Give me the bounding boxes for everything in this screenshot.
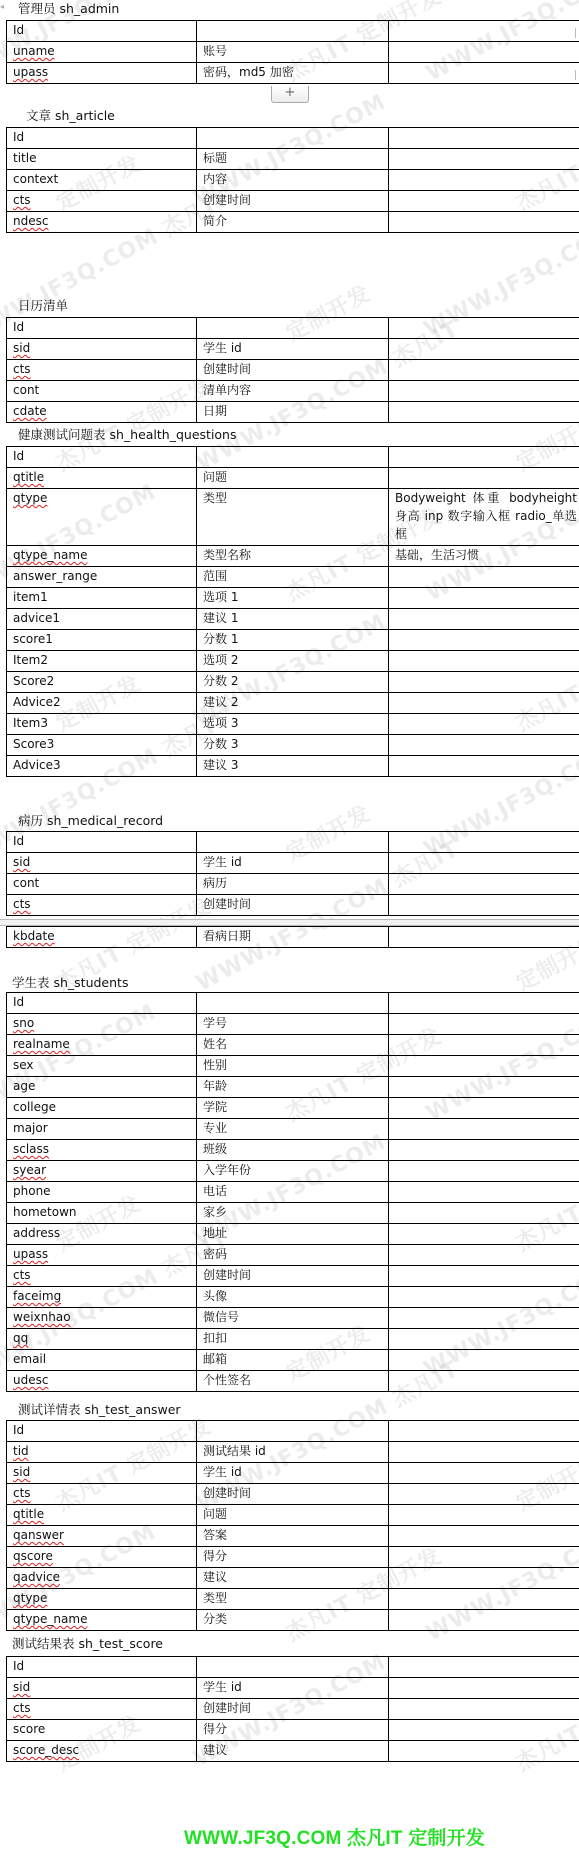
table-row: qtitle问题 [7, 468, 579, 489]
field-description-cell[interactable]: 清单内容 [197, 381, 389, 402]
field-description-cell-text: 选项 3 [203, 716, 238, 730]
field-name-cell[interactable]: Id [7, 993, 197, 1014]
field-name-cell[interactable]: uname [7, 42, 197, 63]
field-name-cell-text: cont [13, 876, 39, 890]
field-description-cell[interactable]: 班级 [197, 1140, 389, 1161]
field-name-cell[interactable]: qtype [7, 489, 197, 546]
field-description-cell-text: 类型名称 [203, 548, 251, 562]
field-name-cell-text: Id [13, 834, 24, 848]
field-description-cell[interactable]: 得分 [197, 1720, 389, 1741]
field-description-cell-text: 学院 [203, 1100, 227, 1114]
field-note-cell[interactable] [389, 1568, 579, 1589]
field-name-cell[interactable]: hometown [7, 1203, 197, 1224]
field-name-cell[interactable]: qq [7, 1329, 197, 1350]
field-note-cell[interactable] [389, 1077, 579, 1098]
field-description-cell-text: 入学年份 [203, 1163, 251, 1177]
field-name-cell[interactable]: advice1 [7, 609, 197, 630]
field-name-cell[interactable]: Id [7, 447, 197, 468]
field-name-cell[interactable]: title [7, 149, 197, 170]
field-note-cell[interactable] [389, 1308, 579, 1329]
field-description-cell[interactable]: 标题 [197, 149, 389, 170]
field-note-cell[interactable] [389, 1140, 579, 1161]
table-row: score1分数 1 [7, 630, 579, 651]
field-note-cell[interactable] [389, 1161, 579, 1182]
field-note-cell[interactable] [389, 1119, 579, 1140]
field-name-cell[interactable]: Id [7, 128, 197, 149]
field-description-cell[interactable]: 邮箱 [197, 1350, 389, 1371]
field-description-cell[interactable]: 创建时间 [197, 1699, 389, 1720]
field-note-cell[interactable] [389, 1224, 579, 1245]
field-description-cell-text: 清单内容 [203, 383, 251, 397]
field-name-cell[interactable]: Id [7, 318, 197, 339]
field-name-cell[interactable]: Item2 [7, 651, 197, 672]
field-note-cell[interactable] [389, 191, 579, 212]
field-note-cell[interactable] [389, 1741, 579, 1762]
field-name-cell[interactable]: sno [7, 1014, 197, 1035]
field-name-cell[interactable]: sex [7, 1056, 197, 1077]
field-note-cell[interactable]: 基础，生活习惯 [389, 546, 579, 567]
field-description-cell[interactable]: 密码，md5 加密 [197, 63, 389, 84]
table-row: udesc个性签名 [7, 1371, 579, 1392]
field-name-cell-text: score1 [13, 632, 53, 646]
field-name-cell[interactable]: major [7, 1119, 197, 1140]
field-note-cell[interactable] [389, 693, 579, 714]
field-description-cell[interactable]: 专业 [197, 1119, 389, 1140]
field-name-cell[interactable]: qanswer [7, 1526, 197, 1547]
field-description-cell[interactable]: 分数 3 [197, 735, 389, 756]
field-name-cell[interactable]: Score3 [7, 735, 197, 756]
field-name-cell[interactable]: qtype [7, 1589, 197, 1610]
field-description-cell[interactable]: 学院 [197, 1098, 389, 1119]
field-note-cell[interactable] [389, 381, 579, 402]
field-name-cell[interactable]: Id [7, 832, 197, 853]
table-row: Advice3建议 3 [7, 756, 579, 777]
table-row: score得分 [7, 1720, 579, 1741]
field-note-cell[interactable] [389, 651, 579, 672]
field-note-cell[interactable] [389, 21, 579, 42]
field-note-cell[interactable] [389, 1182, 579, 1203]
field-description-cell[interactable]: 选项 3 [197, 714, 389, 735]
field-description-cell[interactable]: 分数 2 [197, 672, 389, 693]
field-description-cell[interactable] [197, 832, 389, 853]
field-name-cell-text: advice1 [13, 611, 60, 625]
table-heading-sh-test-score: 测试结果表 sh_test_score [12, 1636, 163, 1652]
field-name-cell[interactable]: udesc [7, 1371, 197, 1392]
field-name-cell-text: Id [13, 320, 24, 334]
field-description-cell[interactable]: 得分 [197, 1547, 389, 1568]
table-row: Score2分数 2 [7, 672, 579, 693]
table-row: sno学号 [7, 1014, 579, 1035]
table-row: context内容 [7, 170, 579, 191]
table-heading-calendar-list: 日历清单 [18, 298, 68, 314]
field-name-cell-text: phone [13, 1184, 51, 1198]
table-move-handle-icon[interactable]: ◂ [0, 2, 5, 12]
field-name-cell[interactable]: tid [7, 1442, 197, 1463]
field-note-cell[interactable] [389, 1098, 579, 1119]
field-note-cell[interactable] [389, 1720, 579, 1741]
field-name-cell[interactable]: cts [7, 895, 197, 916]
field-name-cell[interactable]: score1 [7, 630, 197, 651]
table-row: phone电话 [7, 1182, 579, 1203]
field-name-cell[interactable]: item1 [7, 588, 197, 609]
field-description-cell[interactable]: 学生 id [197, 1463, 389, 1484]
field-note-cell[interactable] [389, 1484, 579, 1505]
field-name-cell-text: qanswer [13, 1528, 64, 1542]
field-name-cell-text: title [13, 151, 36, 165]
table-row: hometown家乡 [7, 1203, 579, 1224]
field-name-cell[interactable]: faceimg [7, 1287, 197, 1308]
field-description-cell[interactable]: 类型名称 [197, 546, 389, 567]
field-description-cell[interactable]: 创建时间 [197, 1484, 389, 1505]
field-name-cell-text: upass [13, 65, 48, 79]
field-description-cell[interactable]: 建议 [197, 1741, 389, 1762]
table-row: cts创建时间 [7, 1484, 579, 1505]
field-description-cell[interactable] [197, 993, 389, 1014]
field-description-cell-text: 测试结果 id [203, 1444, 266, 1458]
field-note-cell[interactable] [389, 63, 579, 84]
table-row: advice1建议 1 [7, 609, 579, 630]
field-note-cell[interactable] [389, 853, 579, 874]
field-description-cell-text: 分数 2 [203, 674, 238, 688]
field-description-cell[interactable]: 微信号 [197, 1308, 389, 1329]
field-description-cell[interactable] [197, 1421, 389, 1442]
field-description-cell-text: 家乡 [203, 1205, 227, 1219]
field-description-cell[interactable]: 建议 [197, 1568, 389, 1589]
field-note-cell[interactable] [389, 447, 579, 468]
field-description-cell[interactable]: 选项 2 [197, 651, 389, 672]
field-description-cell[interactable]: 建议 1 [197, 609, 389, 630]
table-row: cont病历 [7, 874, 579, 895]
field-note-cell[interactable] [389, 318, 579, 339]
field-name-cell[interactable]: cts [7, 1484, 197, 1505]
field-note-cell[interactable] [389, 714, 579, 735]
field-note-cell[interactable] [389, 630, 579, 651]
table-row: qscore得分 [7, 1547, 579, 1568]
field-description-cell-text: 病历 [203, 876, 227, 890]
field-name-cell[interactable]: qscore [7, 1547, 197, 1568]
field-note-cell[interactable] [389, 1610, 579, 1631]
add-row-button[interactable]: + [271, 86, 309, 103]
field-description-cell[interactable] [197, 128, 389, 149]
field-name-cell-text: sid [13, 1465, 30, 1479]
table-row: upass密码，md5 加密 [7, 63, 579, 84]
table-calendar-list: Idsid学生 idcts创建时间cont清单内容cdate日期 [6, 317, 579, 423]
field-description-cell[interactable]: 创建时间 [197, 360, 389, 381]
field-description-cell-text: 分数 3 [203, 737, 238, 751]
field-description-cell[interactable]: 创建时间 [197, 1266, 389, 1287]
field-name-cell-text: Id [13, 449, 24, 463]
field-name-cell-text: realname [13, 1037, 70, 1051]
field-note-cell[interactable] [389, 1505, 579, 1526]
field-name-cell[interactable]: Id [7, 1421, 197, 1442]
field-description-cell-text: 建议 3 [203, 758, 238, 772]
field-name-cell[interactable]: sid [7, 1463, 197, 1484]
field-description-cell-text: 学生 id [203, 341, 242, 355]
field-note-cell[interactable] [389, 1657, 579, 1678]
table-row: Item3选项 3 [7, 714, 579, 735]
field-name-cell[interactable]: qadvice [7, 1568, 197, 1589]
field-name-cell[interactable]: realname [7, 1035, 197, 1056]
field-description-cell[interactable]: 个性签名 [197, 1371, 389, 1392]
field-description-cell-text: 选项 1 [203, 590, 238, 604]
field-description-cell[interactable]: 问题 [197, 1505, 389, 1526]
field-name-cell[interactable]: cts [7, 360, 197, 381]
field-description-cell[interactable]: 答案 [197, 1526, 389, 1547]
field-note-cell[interactable] [389, 170, 579, 191]
table-row: Id [7, 1657, 579, 1678]
table-row: ndesc简介 [7, 212, 579, 233]
field-name-cell[interactable]: email [7, 1350, 197, 1371]
field-note-cell[interactable] [389, 1056, 579, 1077]
table-row: cts创建时间 [7, 360, 579, 381]
field-name-cell[interactable]: Item3 [7, 714, 197, 735]
field-note-cell[interactable] [389, 756, 579, 777]
field-note-cell[interactable] [389, 1287, 579, 1308]
field-description-cell[interactable]: 选项 1 [197, 588, 389, 609]
field-note-cell[interactable] [389, 993, 579, 1014]
field-note-cell[interactable] [389, 1014, 579, 1035]
field-name-cell[interactable]: sid [7, 853, 197, 874]
table-row: cts创建时间 [7, 1266, 579, 1287]
field-note-cell[interactable] [389, 1547, 579, 1568]
table-row: email邮箱 [7, 1350, 579, 1371]
table-row: Id [7, 21, 579, 42]
field-description-cell[interactable]: 建议 3 [197, 756, 389, 777]
field-name-cell[interactable]: college [7, 1098, 197, 1119]
field-description-cell[interactable]: 地址 [197, 1224, 389, 1245]
field-name-cell[interactable]: upass [7, 63, 197, 84]
field-name-cell[interactable]: cdate [7, 402, 197, 423]
field-description-cell-text: 创建时间 [203, 1701, 251, 1715]
field-name-cell[interactable]: qtype_name [7, 546, 197, 567]
field-name-cell[interactable]: ndesc [7, 212, 197, 233]
field-description-cell[interactable]: 范围 [197, 567, 389, 588]
field-note-cell[interactable] [389, 1203, 579, 1224]
field-name-cell-text: Advice3 [13, 758, 61, 772]
field-note-cell[interactable] [389, 832, 579, 853]
field-note-cell[interactable] [389, 1463, 579, 1484]
field-description-cell-text: 范围 [203, 569, 227, 583]
field-description-cell-text: 扣扣 [203, 1331, 227, 1345]
field-name-cell[interactable]: cts [7, 191, 197, 212]
field-description-cell-text: 问题 [203, 1507, 227, 1521]
field-note-cell[interactable] [389, 609, 579, 630]
field-name-cell[interactable]: cont [7, 381, 197, 402]
field-name-cell[interactable]: Advice2 [7, 693, 197, 714]
field-note-cell[interactable] [389, 468, 579, 489]
field-name-cell[interactable]: phone [7, 1182, 197, 1203]
field-note-cell[interactable] [389, 1699, 579, 1720]
field-note-cell[interactable] [389, 42, 579, 63]
field-description-cell[interactable]: 类型 [197, 489, 389, 546]
field-name-cell[interactable]: context [7, 170, 197, 191]
field-name-cell[interactable]: qtitle [7, 468, 197, 489]
field-name-cell[interactable]: cts [7, 1266, 197, 1287]
field-name-cell-text: college [13, 1100, 56, 1114]
field-name-cell-text: hometown [13, 1205, 77, 1219]
field-note-cell[interactable] [389, 128, 579, 149]
field-description-cell[interactable]: 简介 [197, 212, 389, 233]
field-note-cell[interactable] [389, 1442, 579, 1463]
field-description-cell[interactable]: 内容 [197, 170, 389, 191]
field-note-cell[interactable] [389, 339, 579, 360]
field-note-cell[interactable] [389, 567, 579, 588]
table-row: Id [7, 128, 579, 149]
table-row: answer_range范围 [7, 567, 579, 588]
field-description-cell[interactable]: 分数 1 [197, 630, 389, 651]
field-name-cell-text: Item3 [13, 716, 48, 730]
field-name-cell[interactable]: sid [7, 1678, 197, 1699]
field-description-cell[interactable]: 账号 [197, 42, 389, 63]
field-description-cell[interactable]: 入学年份 [197, 1161, 389, 1182]
field-name-cell[interactable]: sid [7, 339, 197, 360]
field-note-cell[interactable] [389, 672, 579, 693]
field-note-cell[interactable] [389, 1421, 579, 1442]
field-description-cell[interactable] [197, 1657, 389, 1678]
field-description-cell[interactable]: 分类 [197, 1610, 389, 1631]
table-heading-sh-medical-record: 病历 sh_medical_record [18, 813, 163, 829]
field-name-cell-text: cont [13, 383, 39, 397]
field-description-cell-text: 创建时间 [203, 1486, 251, 1500]
field-name-cell[interactable]: Advice3 [7, 756, 197, 777]
field-note-cell[interactable] [389, 1035, 579, 1056]
field-description-cell[interactable]: 性别 [197, 1056, 389, 1077]
field-description-cell[interactable]: 日期 [197, 402, 389, 423]
field-note-cell[interactable] [389, 1526, 579, 1547]
table-row: sid学生 id [7, 339, 579, 360]
field-name-cell[interactable]: score_desc [7, 1741, 197, 1762]
field-name-cell[interactable]: upass [7, 1245, 197, 1266]
field-name-cell-text: age [13, 1079, 35, 1093]
field-description-cell[interactable]: 学生 id [197, 339, 389, 360]
field-note-cell[interactable] [389, 735, 579, 756]
field-name-cell[interactable]: weixnhao [7, 1308, 197, 1329]
field-description-cell-text: 创建时间 [203, 193, 251, 207]
field-note-cell[interactable] [389, 1589, 579, 1610]
field-description-cell[interactable]: 学号 [197, 1014, 389, 1035]
table-row: uname账号 [7, 42, 579, 63]
field-description-cell[interactable]: 类型 [197, 1589, 389, 1610]
field-name-cell[interactable]: cts [7, 1699, 197, 1720]
field-name-cell-text: Id [13, 1659, 24, 1673]
field-description-cell[interactable]: 电话 [197, 1182, 389, 1203]
table-row: Id [7, 318, 579, 339]
field-note-cell[interactable] [389, 895, 579, 916]
field-description-cell-text: 简介 [203, 214, 227, 228]
table-sh-admin: Iduname账号upass密码，md5 加密 [6, 20, 579, 84]
field-description-cell-text: 班级 [203, 1142, 227, 1156]
field-note-cell[interactable] [389, 1245, 579, 1266]
field-name-cell[interactable]: kbdate [7, 927, 197, 948]
field-name-cell[interactable]: qtype_name [7, 1610, 197, 1631]
field-name-cell[interactable]: syear [7, 1161, 197, 1182]
field-note-cell[interactable]: Bodyweight 体重 bodyheight 身高 inp 数字输入框 ra… [389, 489, 579, 546]
table-sh-students: Idsno学号realname姓名sex性别age年龄college学院majo… [6, 992, 579, 1392]
field-name-cell-text: qtitle [13, 1507, 44, 1521]
field-description-cell-text: 看病日期 [203, 929, 251, 943]
field-note-cell[interactable] [389, 588, 579, 609]
field-name-cell-text: ndesc [13, 214, 48, 228]
field-name-cell[interactable]: answer_range [7, 567, 197, 588]
field-note-cell[interactable] [389, 874, 579, 895]
field-note-cell[interactable] [389, 212, 579, 233]
field-description-cell[interactable] [197, 21, 389, 42]
field-description-cell-text: 电话 [203, 1184, 227, 1198]
table-row: qtype_name分类 [7, 1610, 579, 1631]
field-description-cell-text: 学号 [203, 1016, 227, 1030]
field-name-cell-text: qscore [13, 1549, 53, 1563]
field-description-cell[interactable]: 病历 [197, 874, 389, 895]
table-row: syear入学年份 [7, 1161, 579, 1182]
field-description-cell-text: 姓名 [203, 1037, 227, 1051]
field-name-cell[interactable]: address [7, 1224, 197, 1245]
footer-brand-banner: WWW.JF3Q.COM 杰凡IT 定制开发 [184, 1823, 574, 1850]
field-description-cell-text: 年龄 [203, 1079, 227, 1093]
field-description-cell[interactable]: 扣扣 [197, 1329, 389, 1350]
field-description-cell[interactable]: 密码 [197, 1245, 389, 1266]
field-name-cell[interactable]: Id [7, 1657, 197, 1678]
field-description-cell[interactable]: 问题 [197, 468, 389, 489]
field-name-cell-text: qadvice [13, 1570, 60, 1584]
field-description-cell[interactable]: 创建时间 [197, 895, 389, 916]
field-name-cell[interactable]: sclass [7, 1140, 197, 1161]
table-row: Id [7, 993, 579, 1014]
field-description-cell[interactable]: 年龄 [197, 1077, 389, 1098]
field-name-cell-text: sclass [13, 1142, 49, 1156]
field-note-cell[interactable] [389, 1371, 579, 1392]
field-description-cell[interactable]: 创建时间 [197, 191, 389, 212]
field-description-cell[interactable]: 家乡 [197, 1203, 389, 1224]
field-name-cell-text: answer_range [13, 569, 97, 583]
field-name-cell[interactable]: qtitle [7, 1505, 197, 1526]
field-description-cell[interactable]: 建议 2 [197, 693, 389, 714]
field-description-cell[interactable]: 头像 [197, 1287, 389, 1308]
field-note-cell[interactable] [389, 360, 579, 381]
field-name-cell[interactable]: Score2 [7, 672, 197, 693]
table-row: qtype_name类型名称基础，生活习惯 [7, 546, 579, 567]
field-name-cell[interactable]: score [7, 1720, 197, 1741]
field-description-cell[interactable]: 学生 id [197, 1678, 389, 1699]
field-note-cell[interactable] [389, 402, 579, 423]
field-note-cell[interactable] [389, 1266, 579, 1287]
table-heading-sh-test-answer: 测试详情表 sh_test_answer [18, 1402, 181, 1418]
field-description-cell[interactable]: 姓名 [197, 1035, 389, 1056]
table-row: sid学生 id [7, 1678, 579, 1699]
table-row: address地址 [7, 1224, 579, 1245]
field-name-cell-text: sid [13, 855, 30, 869]
field-name-cell[interactable]: Id [7, 21, 197, 42]
field-name-cell[interactable]: cont [7, 874, 197, 895]
field-note-cell[interactable] [389, 1329, 579, 1350]
field-description-cell-text: 性别 [203, 1058, 227, 1072]
field-name-cell[interactable]: age [7, 1077, 197, 1098]
field-description-cell[interactable] [197, 318, 389, 339]
field-description-cell[interactable]: 测试结果 id [197, 1442, 389, 1463]
field-note-cell-text: Bodyweight 体重 bodyheight 身高 inp 数字输入框 ra… [395, 491, 577, 541]
field-note-cell[interactable] [389, 1350, 579, 1371]
field-description-cell[interactable]: 学生 id [197, 853, 389, 874]
field-name-cell-text: Item2 [13, 653, 48, 667]
field-description-cell[interactable] [197, 447, 389, 468]
field-name-cell-text: sid [13, 341, 30, 355]
field-note-cell[interactable] [389, 927, 579, 948]
field-description-cell[interactable]: 看病日期 [197, 927, 389, 948]
table-sh-medical-record: Idsid学生 idcont病历cts创建时间 [6, 831, 579, 916]
table-heading-sh-article: 文章 sh_article [26, 108, 115, 124]
table-row: sid学生 id [7, 853, 579, 874]
field-note-cell[interactable] [389, 1678, 579, 1699]
field-note-cell[interactable] [389, 149, 579, 170]
